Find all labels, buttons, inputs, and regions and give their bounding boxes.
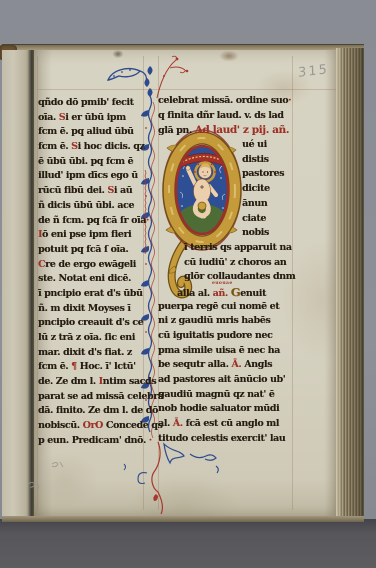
manuscript-text-line: Cre de ergo ewāgeli [38,258,146,273]
facing-page-edge [2,50,30,518]
table-shadow [0,519,376,568]
manuscript-text-line: nob hodie saluator mūdi [158,402,298,417]
manuscript-text-line: fcm ē. Si hoc dicis. qz [38,140,146,155]
manuscript-text-line: oīa. Si er ūbū ipm [38,111,146,126]
manuscript-text-line: qñdo dō pmib' fecit [38,96,146,111]
folio-number: 315 [298,62,329,81]
manuscript-text-line: Iō eni pse ipm fieri [38,228,146,243]
manuscript-text-line: de ñ fcm. pq fcā ſr oīa· [38,214,146,229]
manuscript-text-line: ñ. m dixit Moyses ī [38,302,146,317]
manuscript-text-line: al. Ā. fcā est cū anglo ml [158,417,298,432]
photo-background: 315 [0,0,376,568]
manuscript-text-line: ad pastores ait ānūcio ub' [158,373,298,388]
manuscript-text-line: fcm ē. ¶ Hoc. ī' lctū' [38,360,146,375]
manuscript-text-line: alla al. añ. Genuit [177,285,298,300]
manuscript-text-line: parat se ad missā celebrā [38,390,146,405]
manuscript-text-line: celebrat missā. ordine suo· [158,94,298,109]
manuscript-text-line: cū iudiū' z choros an [184,256,298,271]
manuscript-text-line: dā. finito. Ze dm l. de dō [38,404,146,419]
manuscript-text-line: nobiscū. OrO Concede qs [38,419,146,434]
manuscript-text-line: pastores [242,167,298,182]
manuscript-page: 315 [34,50,336,516]
manuscript-text-line: fcm ē. pq aliud ūbū [38,125,146,140]
manuscript-text-line: gaudiū magnū qz nat' ē [158,388,298,403]
bottom-flourish-decoration [120,442,250,517]
manuscript-text-line: glōr collaudantes dnm [184,270,298,285]
manuscript-text-line: distis [242,153,298,168]
fore-edge-pages [336,48,364,518]
manuscript-text-line: be sequtr alla. Ā. Angls [158,358,298,373]
manuscript-text-line: ué ui [242,138,298,153]
manuscript-text-line: nobis [242,226,298,241]
manuscript-book: 315 [2,44,364,522]
manuscript-text-line: cū iguitatis pudore nec [158,329,298,344]
manuscript-text-line: dicite [242,182,298,197]
manuscript-text-line: pncipio creauit d's ce [38,316,146,331]
manuscript-text-line: ē ūbū ūbi. pq fcm ē [38,155,146,170]
manuscript-text-line: ni z gaudiū mris habēs [158,314,298,329]
manuscript-text-line: illud' ipm dīcs ego ū [38,169,146,184]
manuscript-text-line: potuit pq fcā ſ oīa. [38,243,146,258]
manuscript-text-line: q finita dñr laud. v. ds lad [158,109,298,124]
manuscript-text-line: rūcū fibū dei. Si aū [38,184,146,199]
book-bottom-edge [2,516,364,522]
manuscript-text-line: ste. Notat eni dicē. [38,272,146,287]
manuscript-text-line: ciate [242,212,298,227]
manuscript-text-line: ānun [242,197,298,212]
column-left: qñdo dō pmib' fecitoīa. Si er ūbū ipmfcm… [38,96,146,449]
manuscript-text-line: glā pn. Ad laud' z pij. añ. [158,123,298,138]
manuscript-text-line: lū z trā z oīa. ſic eni [38,331,146,346]
pencil-marks [22,458,70,494]
manuscript-text-line: ī terris qs apparuit na [184,241,298,256]
column-right: celebrat missā. ordine suo·q finita dñr … [158,94,298,447]
manuscript-text-line: pma simile uisa ē nec ha [158,344,298,359]
manuscript-text-line: de. Ze dm l. Intim sacds [38,375,146,390]
manuscript-text-line: mar. dixit d's fiat. z [38,346,146,361]
manuscript-text-line: ī pncipio erat d's ūbū [38,287,146,302]
euouae-notation: euouae [212,281,233,286]
manuscript-text-line: puerpa regē cui nomē et [158,300,298,315]
manuscript-text-line: ñ dicis ūbū ūbi. ace [38,199,146,214]
